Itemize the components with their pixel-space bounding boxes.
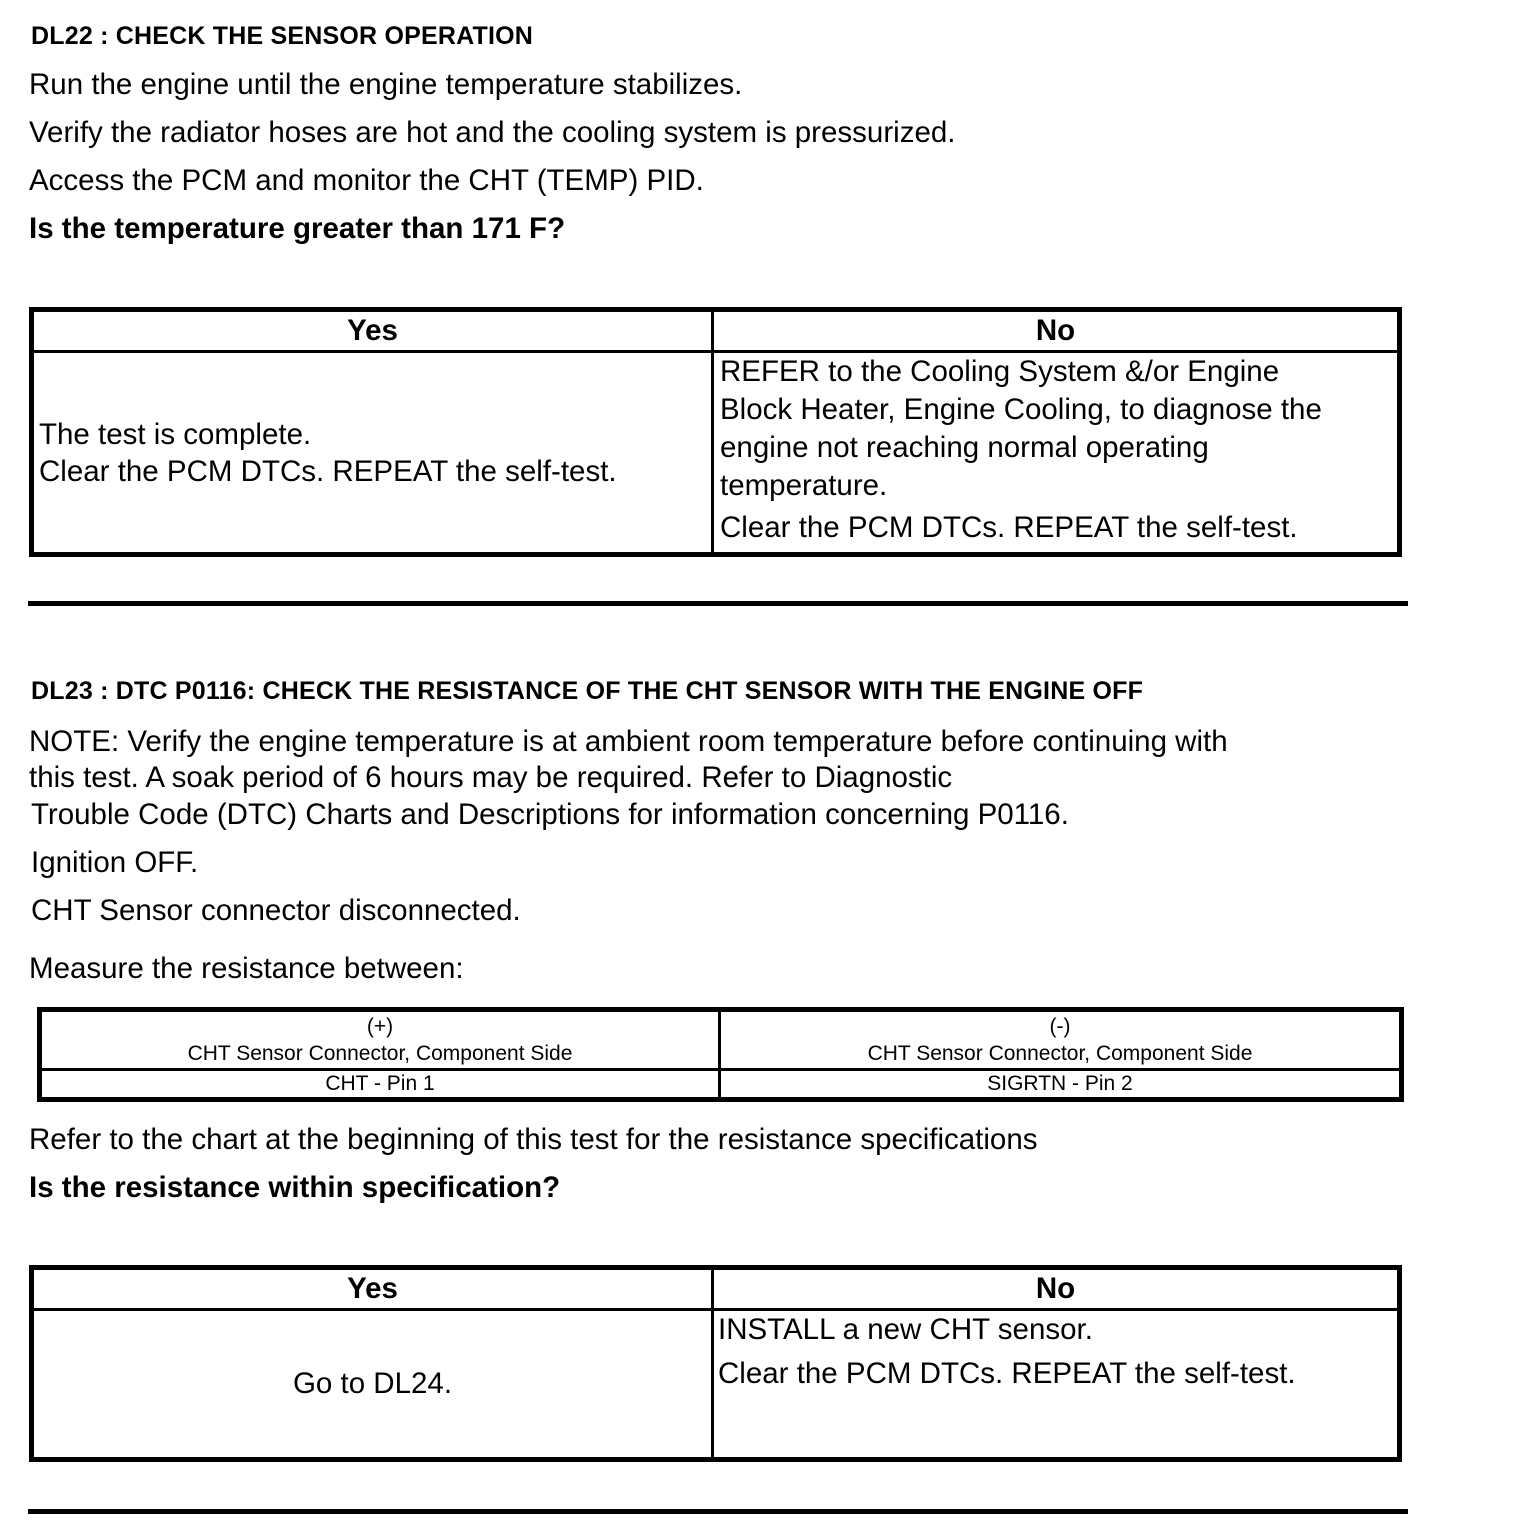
dl22-step-2: Verify the radiator hoses are hot and th… — [29, 116, 955, 150]
dl22-question: Is the temperature greater than 171 F? — [29, 212, 565, 246]
dl23-measure-label: Measure the resistance between: — [29, 952, 464, 986]
no-cell: INSTALL a new CHT sensor. Clear the PCM … — [713, 1310, 1400, 1460]
positive-pin: CHT - Pin 1 — [40, 1070, 720, 1100]
yes-line: Clear the PCM DTCs. REPEAT the self-test… — [39, 453, 711, 490]
dl22-step-3: Access the PCM and monitor the CHT (TEMP… — [29, 164, 704, 198]
dl23-step-2: CHT Sensor connector disconnected. — [31, 894, 521, 928]
dl23-refer-text: Refer to the chart at the beginning of t… — [29, 1123, 1037, 1157]
negative-polarity: (-) — [721, 1013, 1399, 1040]
no-header: No — [713, 310, 1400, 352]
positive-polarity: (+) — [42, 1013, 718, 1040]
section-divider — [28, 1509, 1408, 1514]
section-divider — [28, 601, 1408, 606]
dl22-heading: DL22 : CHECK THE SENSOR OPERATION — [31, 22, 533, 51]
dl23-measure-table: (+) CHT Sensor Connector, Component Side… — [37, 1007, 1404, 1102]
no-line: temperature. — [720, 467, 1397, 505]
dl23-note-line-1: NOTE: Verify the engine temperature is a… — [29, 725, 1228, 759]
negative-terminal-header: (-) CHT Sensor Connector, Component Side — [720, 1010, 1402, 1070]
no-line: engine not reaching normal operating — [720, 429, 1397, 467]
dl23-note-line-2: this test. A soak period of 6 hours may … — [29, 761, 952, 795]
dl23-question: Is the resistance within specification? — [29, 1171, 560, 1205]
dl23-heading: DL23 : DTC P0116: CHECK THE RESISTANCE O… — [31, 677, 1143, 706]
no-line: Block Heater, Engine Cooling, to diagnos… — [720, 391, 1397, 429]
negative-pin: SIGRTN - Pin 2 — [720, 1070, 1402, 1100]
positive-connector: CHT Sensor Connector, Component Side — [42, 1040, 718, 1067]
dl23-note-line-3: Trouble Code (DTC) Charts and Descriptio… — [31, 798, 1069, 832]
negative-connector: CHT Sensor Connector, Component Side — [721, 1040, 1399, 1067]
yes-line: The test is complete. — [39, 416, 711, 453]
no-line: INSTALL a new CHT sensor. — [718, 1311, 1397, 1349]
yes-header: Yes — [32, 310, 713, 352]
positive-terminal-header: (+) CHT Sensor Connector, Component Side — [40, 1010, 720, 1070]
no-header: No — [713, 1268, 1400, 1310]
yes-cell: The test is complete. Clear the PCM DTCs… — [32, 352, 713, 555]
dl23-step-1: Ignition OFF. — [31, 846, 198, 880]
dl23-result-table: Yes No Go to DL24. INSTALL a new CHT sen… — [29, 1265, 1402, 1462]
yes-header: Yes — [32, 1268, 713, 1310]
yes-cell: Go to DL24. — [32, 1310, 713, 1460]
no-line: Clear the PCM DTCs. REPEAT the self-test… — [718, 1349, 1397, 1399]
no-cell: REFER to the Cooling System &/or Engine … — [713, 352, 1400, 555]
dl22-result-table: Yes No The test is complete. Clear the P… — [29, 307, 1402, 557]
no-line: Clear the PCM DTCs. REPEAT the self-test… — [720, 505, 1397, 551]
no-line: REFER to the Cooling System &/or Engine — [720, 353, 1397, 391]
dl22-step-1: Run the engine until the engine temperat… — [29, 68, 742, 102]
